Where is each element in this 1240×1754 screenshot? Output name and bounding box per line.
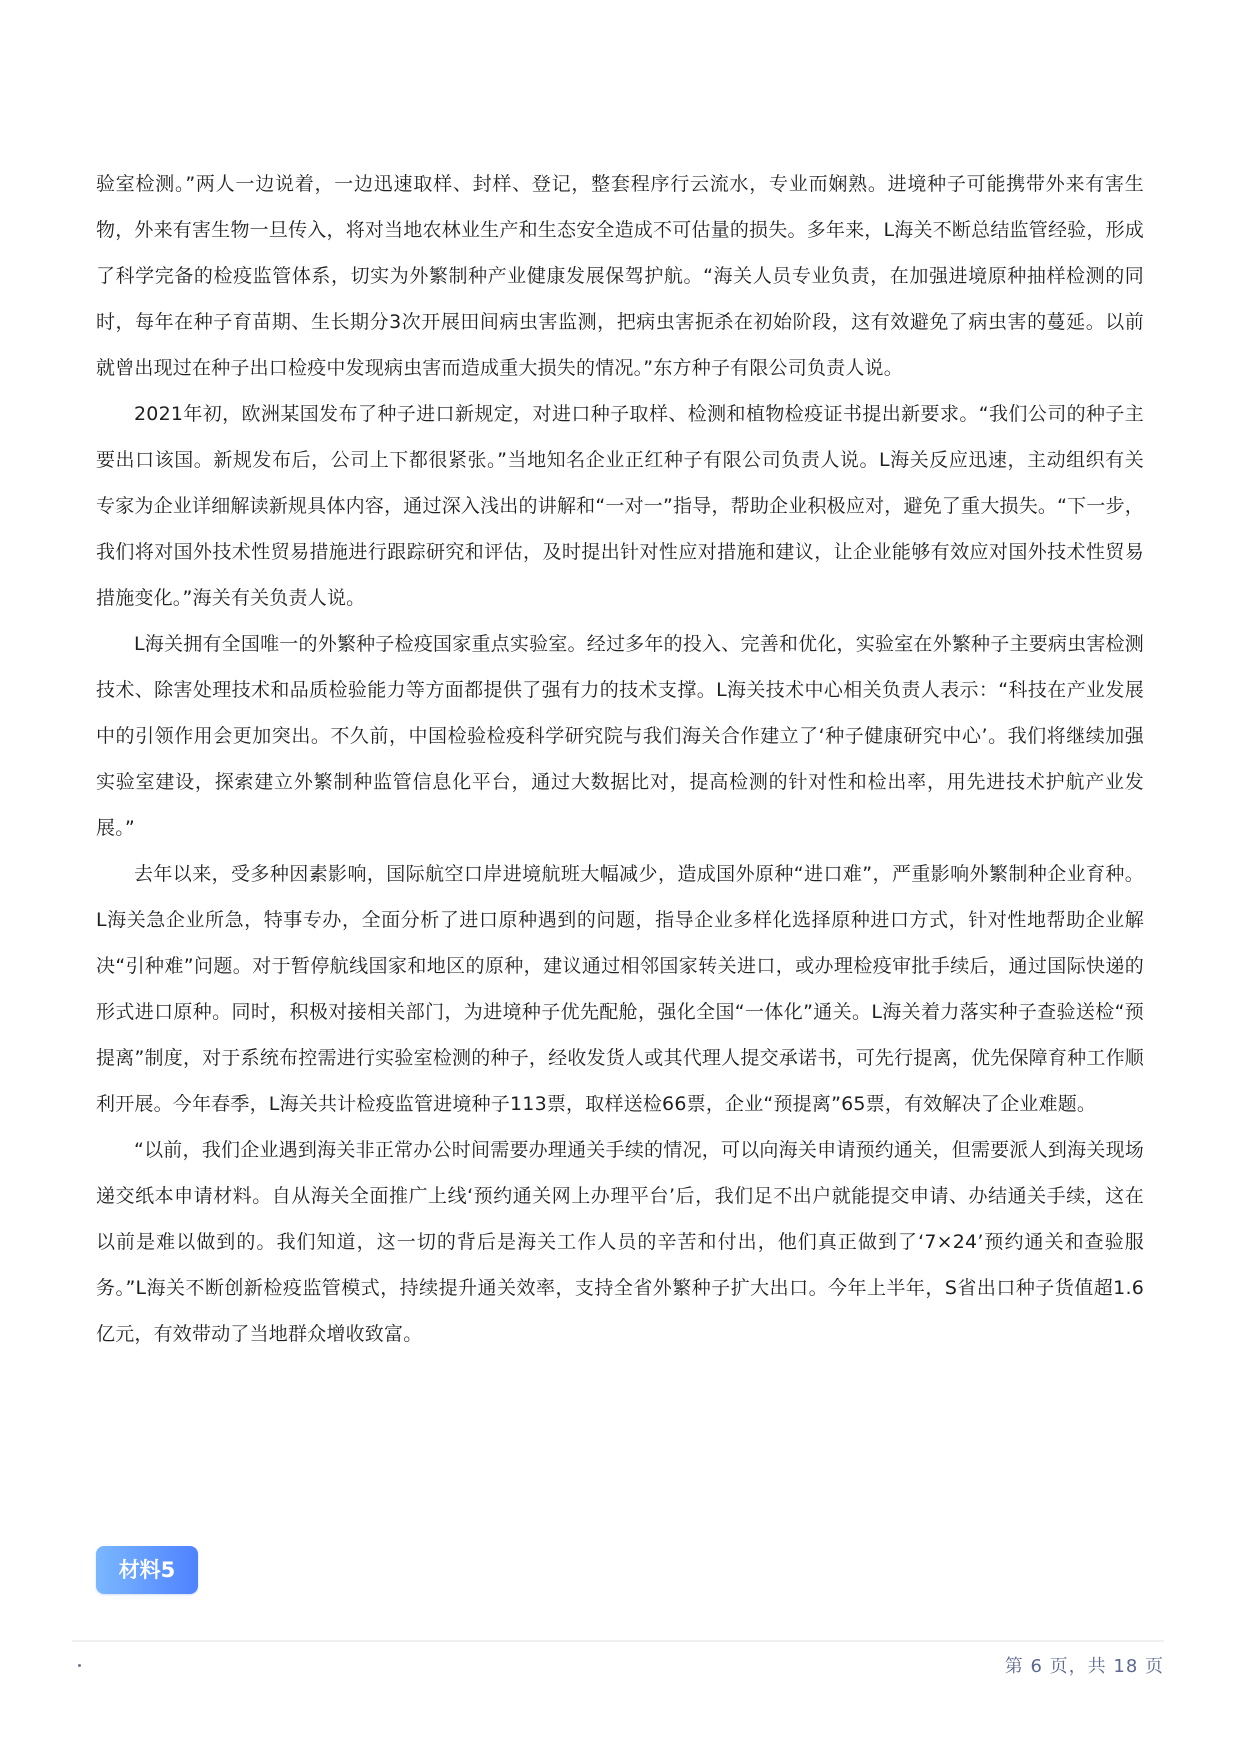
paragraph-3: L海关拥有全国唯一的外繁种子检疫国家重点实验室。经过多年的投入、完善和优化，实验… <box>96 621 1144 851</box>
document-body: 验室检测。”两人一边说着，一边迅速取样、封样、登记，整套程序行云流水，专业而娴熟… <box>96 161 1144 1357</box>
paragraph-1: 验室检测。”两人一边说着，一边迅速取样、封样、登记，整套程序行云流水，专业而娴熟… <box>96 161 1144 391</box>
section-badge-material-5: 材料5 <box>96 1546 198 1594</box>
page-indicator: 第 6 页，共 18 页 <box>1005 1652 1164 1678</box>
paragraph-5: “以前，我们企业遇到海关非正常办公时间需要办理通关手续的情况，可以向海关申请预约… <box>96 1127 1144 1357</box>
footer-divider <box>72 1640 1164 1642</box>
document-page: 验室检测。”两人一边说着，一边迅速取样、封样、登记，整套程序行云流水，专业而娴熟… <box>0 0 1240 1754</box>
paragraph-4: 去年以来，受多种因素影响，国际航空口岸进境航班大幅减少，造成国外原种“进口难”，… <box>96 851 1144 1127</box>
footer-dot-icon <box>78 1664 81 1667</box>
paragraph-2: 2021年初，欧洲某国发布了种子进口新规定，对进口种子取样、检测和植物检疫证书提… <box>96 391 1144 621</box>
